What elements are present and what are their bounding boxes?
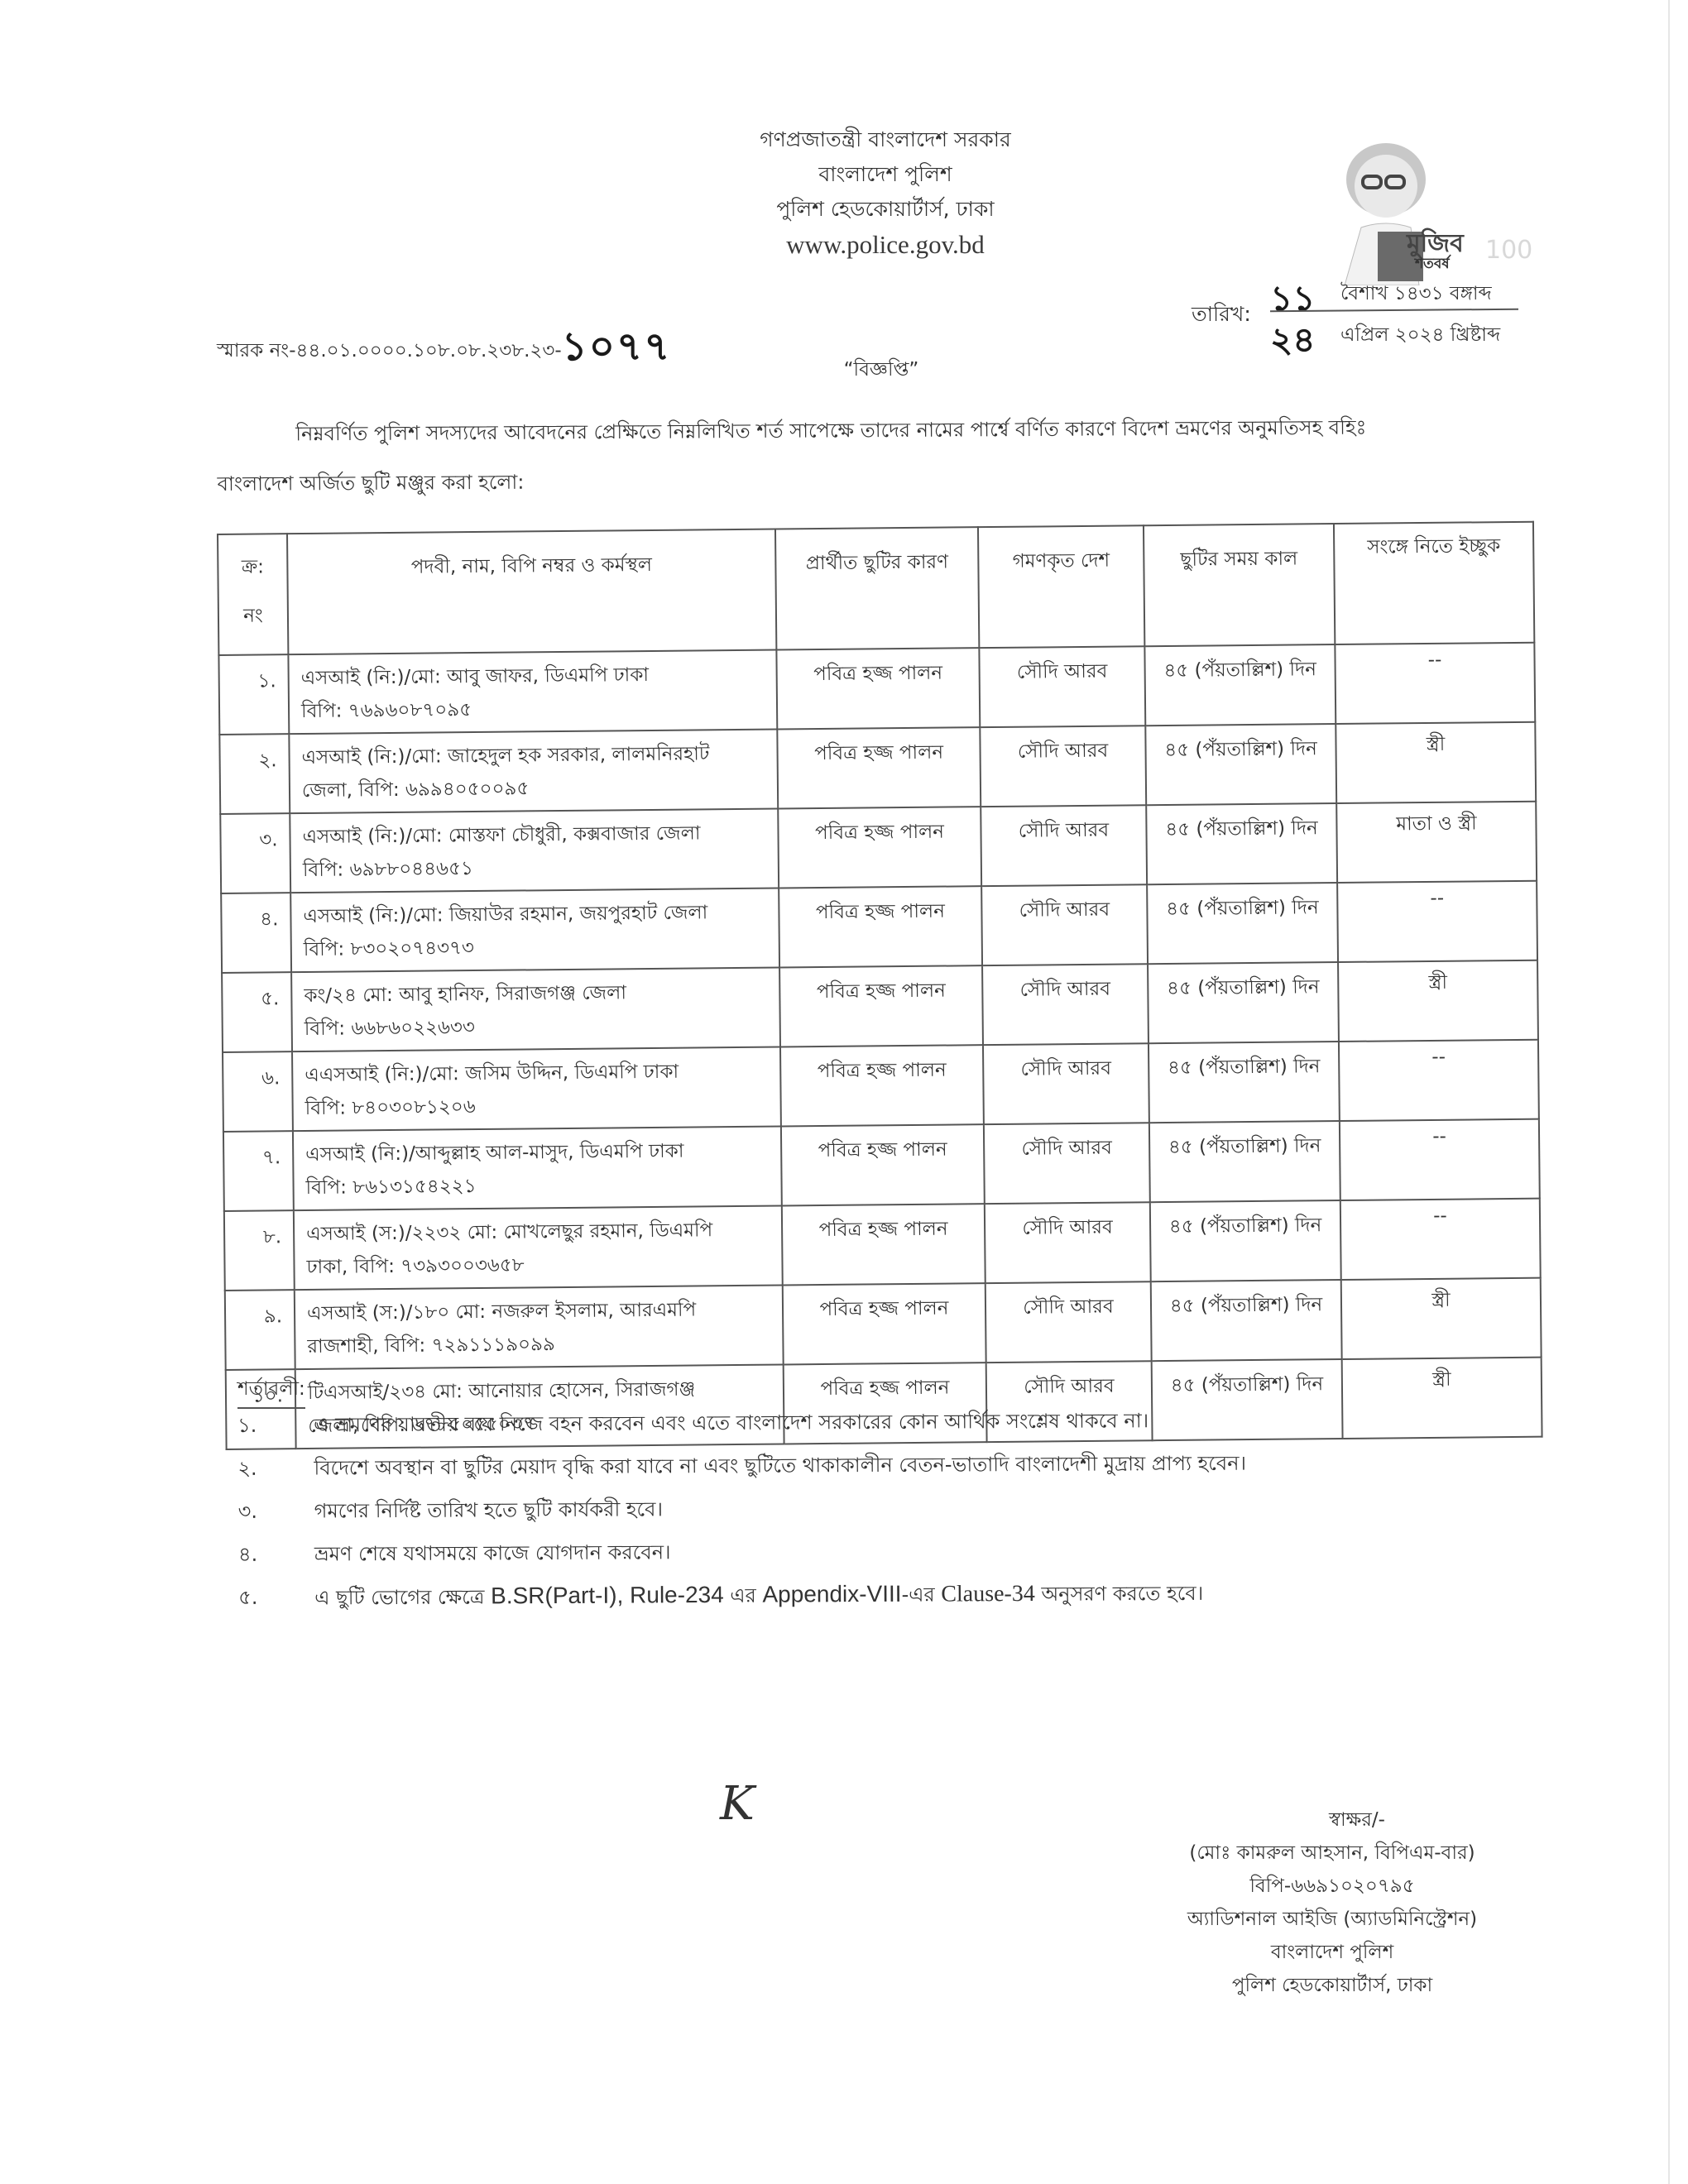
leave-table: ক্র: নং পদবী, নাম, বিপি নম্বর ও কর্মস্থল…: [217, 521, 1542, 1450]
row-serial: ৯.: [225, 1290, 295, 1370]
condition-text-part: এর: [724, 1584, 763, 1607]
page-edge: [1668, 0, 1670, 2184]
row-name-cell: এসআই (স:)/১৮০ মো: নজরুল ইসলাম, আরএমপিরাজ…: [295, 1285, 784, 1369]
row-name-cell: এসআই (নি:)/মো: জিয়াউর রহমান, জয়পুরহাট …: [290, 888, 779, 973]
row-duration: ৪৫ (পঁয়তাল্লিশ) দিন: [1144, 644, 1336, 726]
header-serial-top: ক্র:: [218, 534, 287, 584]
intro-line-2: বাংলাদেশ অর্জিত ছুটি মঞ্জুর করা হলো:: [217, 471, 524, 496]
condition-text-part: -এর: [901, 1583, 941, 1607]
row-companion: --: [1335, 643, 1535, 724]
clause-reference: Clause-34: [941, 1581, 1035, 1607]
condition-text-part: এ ছুটি ভোগের ক্ষেত্রে: [314, 1585, 491, 1609]
row-name: এসআই (নি:)/আব্দুল্লাহ আল-মাসুদ, ডিএমপি ঢ…: [305, 1133, 780, 1171]
website-link[interactable]: www.police.gov.bd: [645, 227, 1125, 263]
row-name: এসআই (স:)/১৮০ মো: নজরুল ইসলাম, আরএমপি: [307, 1292, 782, 1330]
row-bp: বিপি: ৮৩০২০৭৪৩৭৩: [304, 929, 779, 967]
signatory-office: পুলিশ হেডকোয়ার্টার্স, ঢাকা: [1158, 1969, 1506, 2002]
row-companion: স্ত্রী: [1336, 722, 1536, 803]
row-bp: বিপি: ৭৬৯৬০৮৭০৯৫: [301, 691, 776, 729]
english-date: এপ্রিল ২০২৪ খ্রিষ্টাব্দ: [1340, 319, 1500, 352]
condition-text: গমণের নির্দিষ্ট তারিখ হতে ছুটি কার্যকরী …: [314, 1487, 664, 1532]
condition-item: ৩.গমণের নির্দিষ্ট তারিখ হতে ছুটি কার্যকর…: [238, 1483, 1579, 1533]
row-reason: পবিত্র হজ্জ পালন: [783, 1283, 986, 1364]
government-name: গণপ্রজাতন্ত্রী বাংলাদেশ সরকার: [645, 122, 1125, 157]
condition-number: ৩.: [238, 1490, 314, 1533]
table-row: ৩.এসআই (নি:)/মো: মোস্তফা চৌধুরী, কক্সবাজ…: [220, 802, 1537, 893]
row-name-cell: এসআই (নি:)/মো: আবু জাফর, ডিএমপি ঢাকাবিপি…: [288, 650, 777, 735]
row-name: এসআই (নি:)/মো: জিয়াউর রহমান, জয়পুরহাট …: [303, 896, 778, 934]
row-reason: পবিত্র হজ্জ পালন: [777, 727, 981, 808]
department-name: বাংলাদেশ পুলিশ: [645, 157, 1125, 192]
row-country: সৌদি আরব: [983, 1043, 1149, 1124]
signature-label: স্বাক্ষর/-: [1208, 1803, 1506, 1837]
row-country: সৌদি আরব: [982, 964, 1149, 1045]
row-country: সৌদি আরব: [980, 726, 1146, 807]
row-bp: বিপি: ৮৪০৩০৮১২০৬: [305, 1087, 779, 1125]
office-name: পুলিশ হেডকোয়ার্টার্স, ঢাকা: [645, 192, 1125, 227]
conditions-list: ১.এ ভ্রমণের যাবতীয় ব্যয় নিজে বহন করবেন…: [237, 1397, 1579, 1620]
condition-item: ৪.ভ্রমণ শেষে যথাসময়ে কাজে যোগদান করবেন।: [238, 1526, 1579, 1576]
row-name: এএসআই (নি:)/মো: জসিম উদ্দিন, ডিএমপি ঢাকা: [305, 1055, 779, 1093]
row-country: সৌদি আরব: [984, 1123, 1150, 1204]
row-reason: পবিত্র হজ্জ পালন: [778, 807, 981, 888]
signatory-bp: বিপি-৬৬৯১০২০৭৯৫: [1158, 1870, 1506, 1903]
condition-number: ৫.: [238, 1576, 314, 1620]
intro-line-1: নিম্নবর্ণিত পুলিশ সদস্যদের আবেদনের প্রেক…: [217, 401, 1541, 459]
row-country: সৌদি আরব: [985, 1202, 1151, 1283]
row-companion: স্ত্রী: [1338, 960, 1538, 1042]
row-reason: পবিত্র হজ্জ পালন: [780, 1045, 984, 1126]
row-companion: --: [1340, 1119, 1540, 1200]
row-duration: ৪৫ (পঁয়তাল্লিশ) দিন: [1148, 962, 1339, 1043]
row-duration: ৪৫ (পঁয়তাল্লিশ) দিন: [1150, 1200, 1341, 1281]
condition-text-part: অনুসরণ করতে হবে।: [1035, 1582, 1204, 1606]
row-reason: পবিত্র হজ্জ পালন: [779, 965, 983, 1046]
row-duration: ৪৫ (পঁয়তাল্লিশ) দিন: [1149, 1042, 1340, 1123]
row-duration: ৪৫ (পঁয়তাল্লিশ) দিন: [1149, 1121, 1340, 1202]
signatory-department: বাংলাদেশ পুলিশ: [1158, 1936, 1506, 1969]
logo-number: 100: [1485, 236, 1532, 265]
table-row: ২.এসআই (নি:)/মো: জাহেদুল হক সরকার, লালমন…: [219, 722, 1536, 814]
row-name-cell: কং/২৪ মো: আবু হানিফ, সিরাজগঞ্জ জেলাবিপি:…: [291, 967, 780, 1051]
condition-number: ১.: [237, 1404, 314, 1447]
condition-number: ২.: [237, 1447, 314, 1490]
row-name-cell: এসআই (নি:)/মো: মোস্তফা চৌধুরী, কক্সবাজার…: [290, 809, 779, 893]
table-header-row: ক্র: নং পদবী, নাম, বিপি নম্বর ও কর্মস্থল…: [218, 522, 1534, 655]
date-block: তারিখ: ১১ বৈশাখ ১৪৩১ বঙ্গাব্দ ২৪ এপ্রিল …: [1192, 273, 1539, 356]
header-serial-bottom: নং: [219, 583, 288, 633]
row-serial: ৩.: [220, 813, 290, 893]
row-serial: ৭.: [223, 1131, 294, 1211]
handwritten-initial: K: [720, 1777, 755, 1831]
rule-reference: B.SR(Part-I), Rule-234: [491, 1582, 724, 1608]
row-reason: পবিত্র হজ্জ পালন: [779, 886, 982, 967]
condition-text: এ ছুটি ভোগের ক্ষেত্রে B.SR(Part-I), Rule…: [314, 1571, 1203, 1620]
bangla-date: বৈশাখ ১৪৩১ বঙ্গাব্দ: [1340, 278, 1492, 310]
letterhead: গণপ্রজাতন্ত্রী বাংলাদেশ সরকার বাংলাদেশ প…: [645, 122, 1125, 263]
row-bp: জেলা, বিপি: ৬৯৯৪০৫০০৯৫: [302, 770, 777, 808]
row-name-cell: এসআই (নি:)/আব্দুল্লাহ আল-মাসুদ, ডিএমপি ঢ…: [293, 1126, 782, 1210]
row-serial: ২.: [219, 734, 290, 814]
row-bp: রাজশাহী, বিপি: ৭২৯১১১৯০৯৯: [307, 1325, 782, 1363]
table-row: ৭.এসআই (নি:)/আব্দুল্লাহ আল-মাসুদ, ডিএমপি…: [223, 1119, 1540, 1211]
condition-number: ৪.: [238, 1533, 314, 1576]
row-country: সৌদি আরব: [985, 1281, 1152, 1363]
notice-title: “বিজ্ঞপ্তি”: [0, 354, 1688, 386]
row-name-cell: এসআই (স:)/২২৩২ মো: মোখলেছুর রহমান, ডিএমপ…: [294, 1205, 783, 1290]
row-name: এসআই (নি:)/মো: আবু জাফর, ডিএমপি ঢাকা: [300, 658, 775, 696]
condition-text: ভ্রমণ শেষে যথাসময়ে কাজে যোগদান করবেন।: [314, 1530, 671, 1575]
row-bp: বিপি: ৬৯৮৮০৪৪৬৫১: [303, 850, 778, 888]
row-name: এসআই (স:)/২২৩২ মো: মোখলেছুর রহমান, ডিএমপ…: [306, 1213, 781, 1251]
signature-block: স্বাক্ষর/- (মোঃ কামরুল আহসান, বিপিএম-বার…: [1158, 1803, 1506, 2002]
header-serial: ক্র: নং: [218, 534, 288, 655]
row-serial: ৮.: [224, 1210, 295, 1291]
condition-text: এ ভ্রমণের যাবতীয় ব্যয় নিজে বহন করবেন এ…: [314, 1399, 1149, 1446]
header-reason: প্রার্থীত ছুটির কারণ: [775, 527, 979, 649]
appendix-reference: Appendix-VIII: [762, 1581, 901, 1607]
header-duration: ছুটির সময় কাল: [1144, 524, 1335, 646]
row-serial: ৬.: [223, 1051, 293, 1132]
row-country: সৌদি আরব: [981, 805, 1147, 886]
row-name-cell: এএসআই (নি:)/মো: জসিম উদ্দিন, ডিএমপি ঢাকা…: [292, 1046, 781, 1131]
row-companion: --: [1340, 1199, 1541, 1280]
table-row: ৮.এসআই (স:)/২২৩২ মো: মোখলেছুর রহমান, ডিএ…: [224, 1199, 1541, 1291]
row-duration: ৪৫ (পঁয়তাল্লিশ) দিন: [1151, 1280, 1342, 1361]
row-name: এসআই (নি:)/মো: মোস্তফা চৌধুরী, কক্সবাজার…: [302, 817, 777, 855]
row-duration: ৪৫ (পঁয়তাল্লিশ) দিন: [1145, 724, 1336, 805]
row-bp: বিপি: ৮৬১৩১৫৪২২১: [305, 1166, 780, 1205]
condition-text: বিদেশে অবস্থান বা ছুটির মেয়াদ বৃদ্ধি কর…: [314, 1442, 1246, 1490]
row-reason: পবিত্র হজ্জ পালন: [782, 1204, 985, 1285]
row-companion: --: [1337, 881, 1537, 962]
row-country: সৌদি আরব: [979, 646, 1145, 727]
row-companion: --: [1339, 1040, 1539, 1121]
table-body: ১.এসআই (নি:)/মো: আবু জাফর, ডিএমপি ঢাকাবি…: [218, 643, 1542, 1449]
row-name: এসআই (নি:)/মো: জাহেদুল হক সরকার, লালমনির…: [301, 737, 776, 775]
row-name: কং/২৪ মো: আবু হানিফ, সিরাজগঞ্জ জেলা: [304, 975, 779, 1013]
table-row: ৫.কং/২৪ মো: আবু হানিফ, সিরাজগঞ্জ জেলাবিপ…: [222, 960, 1538, 1052]
row-serial: ১.: [218, 654, 289, 735]
table-row: ১.এসআই (নি:)/মো: আবু জাফর, ডিএমপি ঢাকাবি…: [218, 643, 1535, 735]
notice-title-text: “বিজ্ঞপ্তি”: [844, 359, 919, 381]
row-reason: পবিত্র হজ্জ পালন: [781, 1124, 985, 1205]
row-bp: বিপি: ৬৬৮৬০২২৬৩৩: [305, 1008, 779, 1046]
row-duration: ৪৫ (পঁয়তাল্লিশ) দিন: [1146, 803, 1337, 884]
row-name-cell: এসআই (নি:)/মো: জাহেদুল হক সরকার, লালমনির…: [289, 730, 778, 814]
header-companion: সংঙ্গে নিতে ইচ্ছুক: [1334, 522, 1534, 644]
signatory-designation: অ্যাডিশনাল আইজি (অ্যাডমিনিস্ট্রেশন): [1158, 1903, 1506, 1936]
condition-item: ২.বিদেশে অবস্থান বা ছুটির মেয়াদ বৃদ্ধি …: [237, 1440, 1578, 1490]
row-serial: ৪.: [221, 893, 291, 973]
row-bp: ঢাকা, বিপি: ৭৩৯৩০০৩৬৫৮: [306, 1246, 781, 1284]
header-country: গমণকৃত দেশ: [978, 525, 1144, 648]
row-reason: পবিত্র হজ্জ পালন: [776, 648, 980, 729]
signatory-name: (মোঃ কামরুল আহসান, বিপিএম-বার): [1158, 1837, 1506, 1870]
row-duration: ৪৫ (পঁয়তাল্লিশ) দিন: [1147, 883, 1338, 964]
intro-paragraph: নিম্নবর্ণিত পুলিশ সদস্যদের আবেদনের প্রেক…: [217, 401, 1542, 509]
header-name: পদবী, নাম, বিপি নম্বর ও কর্মস্থল: [287, 529, 776, 655]
table-row: ৬.এএসআই (নি:)/মো: জসিম উদ্দিন, ডিএমপি ঢা…: [223, 1040, 1539, 1132]
row-companion: মাতা ও স্ত্রী: [1336, 802, 1537, 883]
row-companion: স্ত্রী: [1341, 1278, 1542, 1359]
table-row: ৪.এসআই (নি:)/মো: জিয়াউর রহমান, জয়পুরহা…: [221, 881, 1537, 973]
row-serial: ৫.: [222, 972, 292, 1052]
condition-item: ১.এ ভ্রমণের যাবতীয় ব্যয় নিজে বহন করবেন…: [237, 1397, 1578, 1447]
row-country: সৌদি আরব: [981, 884, 1148, 965]
condition-item: ৫. এ ছুটি ভোগের ক্ষেত্রে B.SR(Part-I), R…: [238, 1569, 1579, 1620]
table-row: ৯.এসআই (স:)/১৮০ মো: নজরুল ইসলাম, আরএমপির…: [225, 1278, 1542, 1370]
date-label: তারিখ:: [1192, 298, 1251, 333]
